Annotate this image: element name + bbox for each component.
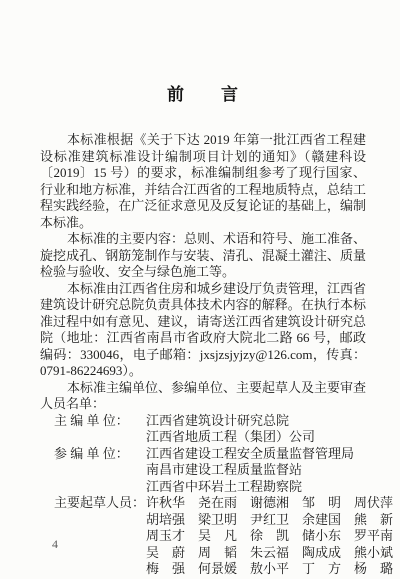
credit-label-spacer: [54, 429, 146, 446]
credit-label-co-editor: 参 编 单 位：: [54, 446, 146, 463]
credit-row: 主 编 单 位： 江西省建筑设计研究总院: [54, 413, 366, 430]
credit-row: 主要起草人员： 许秋华 尧在雨 谢德湘 邹 明 周伏萍: [54, 495, 366, 512]
credit-line: 江西省建筑设计研究总院: [146, 413, 289, 430]
credit-row: 周玉才 吴 凡 徐 凯 储小东 罗平南: [54, 528, 366, 545]
credit-line: 南昌市建设工程质量监督站: [146, 462, 302, 479]
credit-row: 梅 强 何景媛 敖小平 丁 方 杨 璐: [54, 561, 366, 578]
credit-line: 吴 蔚 周 韬 朱云福 陶成成 熊小斌: [146, 545, 393, 562]
credit-line: 许秋华 尧在雨 谢德湘 邹 明 周伏萍: [146, 495, 393, 512]
credit-row: 参 编 单 位： 江西省建设工程安全质量监督管理局: [54, 446, 366, 463]
credit-line: 江西省建设工程安全质量监督管理局: [146, 446, 354, 463]
credit-label-spacer: [54, 462, 146, 479]
document-page: 前 言 本标准根据《关于下达 2019 年第一批江西省工程建设标准建筑标准设计编…: [0, 0, 400, 579]
page-title: 前 言: [40, 84, 366, 106]
preface-body: 本标准根据《关于下达 2019 年第一批江西省工程建设标准建筑标准设计编制项目计…: [40, 132, 366, 413]
credit-line: 江西省地质工程（集团）公司: [146, 429, 315, 446]
credit-row: 江西省中环岩土工程勘察院: [54, 479, 366, 496]
credit-line: 胡培强 梁卫明 尹红卫 余建国 熊 新: [146, 512, 393, 529]
credit-line: 周玉才 吴 凡 徐 凯 储小东 罗平南: [146, 528, 393, 545]
credit-line: 梅 强 何景媛 敖小平 丁 方 杨 璐: [146, 561, 393, 578]
credit-label-spacer: [54, 528, 146, 545]
preface-paragraph: 本标准由江西省住房和城乡建设厅负责管理，江西省建筑设计研究总院负责具体技术内容的…: [40, 281, 366, 380]
credit-label-spacer: [54, 545, 146, 562]
credit-row: 胡培强 梁卫明 尹红卫 余建国 熊 新: [54, 512, 366, 529]
credit-label-spacer: [54, 479, 146, 496]
credits-section: 主 编 单 位： 江西省建筑设计研究总院 江西省地质工程（集团）公司 参 编 单…: [40, 413, 366, 578]
credit-label-chief-editor: 主 编 单 位：: [54, 413, 146, 430]
credit-label-spacer: [54, 561, 146, 578]
credit-row: 南昌市建设工程质量监督站: [54, 462, 366, 479]
preface-paragraph: 本标准主编单位、参编单位、主要起草人及主要审查人员名单：: [40, 380, 366, 413]
credit-label-drafters: 主要起草人员：: [54, 495, 146, 512]
preface-paragraph: 本标准根据《关于下达 2019 年第一批江西省工程建设标准建筑标准设计编制项目计…: [40, 132, 366, 231]
page-number: 4: [52, 537, 58, 552]
credit-line: 江西省中环岩土工程勘察院: [146, 479, 302, 496]
credit-label-spacer: [54, 512, 146, 529]
preface-paragraph: 本标准的主要内容：总则、术语和符号、施工准备、旋挖成孔、钢筋笼制作与安装、清孔、…: [40, 231, 366, 281]
credit-row: 江西省地质工程（集团）公司: [54, 429, 366, 446]
credit-row: 吴 蔚 周 韬 朱云福 陶成成 熊小斌: [54, 545, 366, 562]
